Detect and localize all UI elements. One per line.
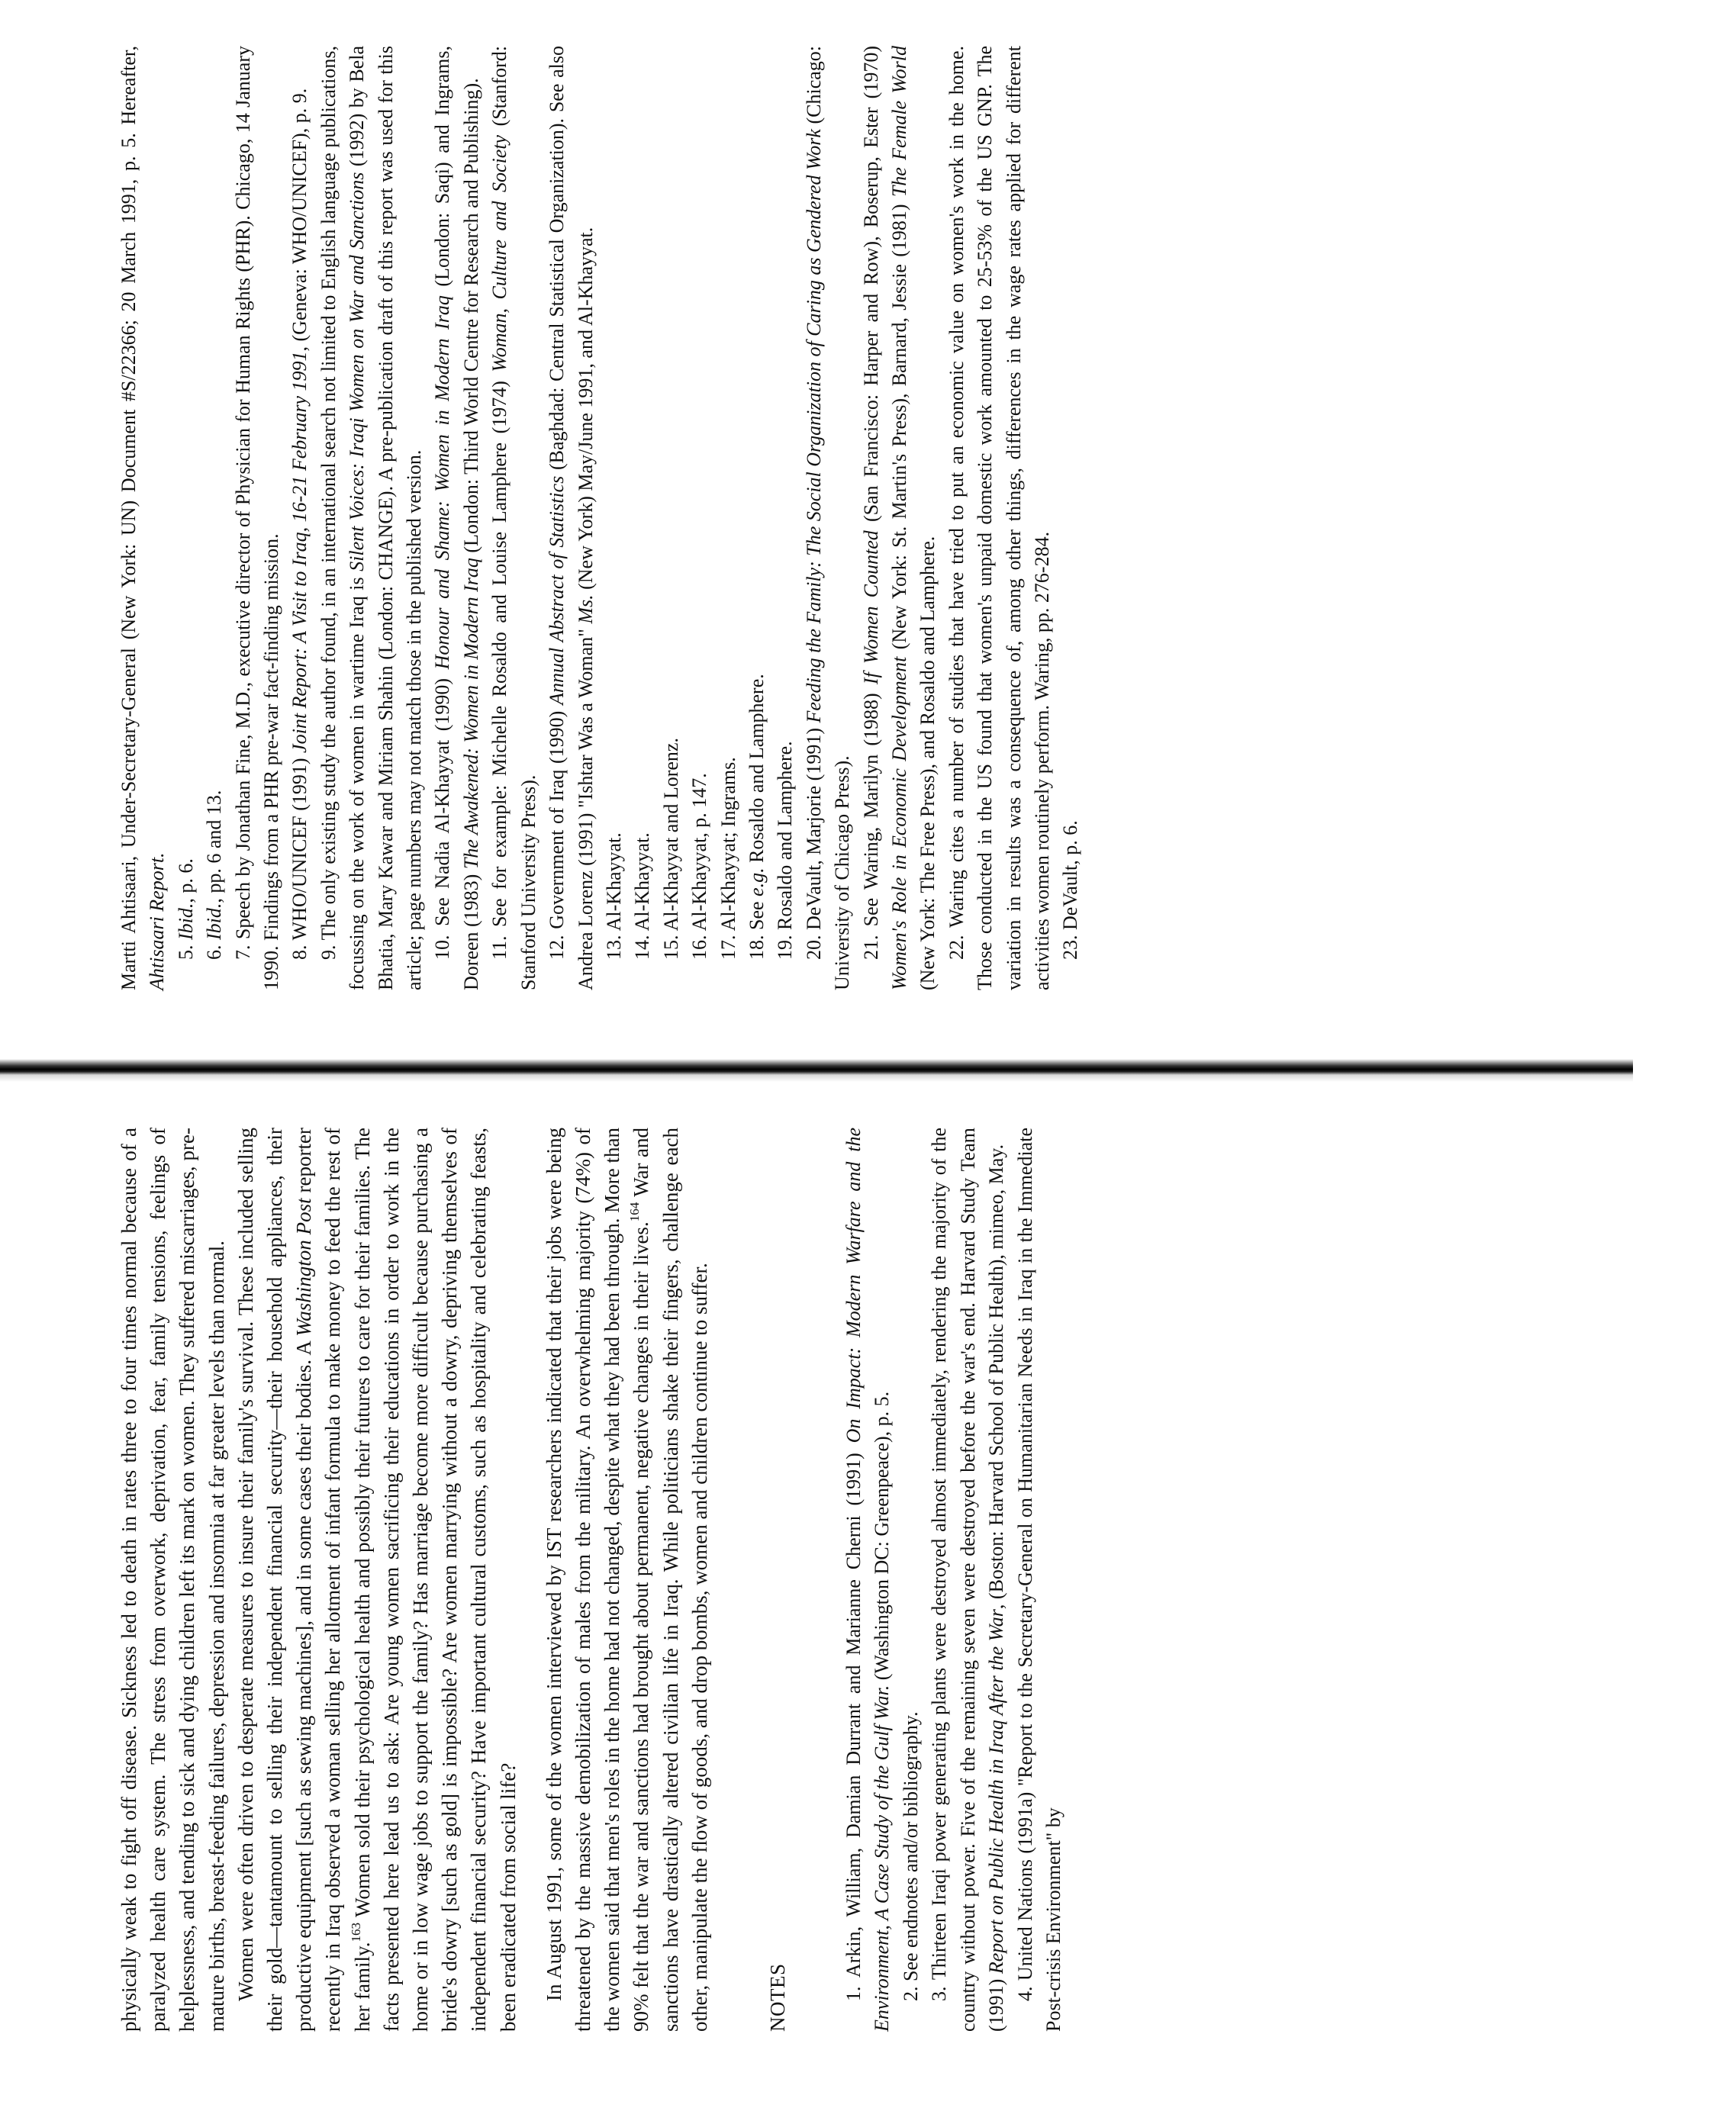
endnote: 1. Arkin, William, Damian Durrant and Ma… xyxy=(839,1128,897,2032)
endnote: 11. See for example: Michelle Rosaldo an… xyxy=(485,46,543,990)
notes-list-continued: Martti Ahtisaari, Under-Secretary-Genera… xyxy=(114,46,1085,990)
text-run: 10. See Nadia Al-Khayyat (1990) xyxy=(431,669,453,960)
text-run: 12. Government of Iraq (1990) xyxy=(546,705,568,960)
text-run: 7. Speech by Jonathan Fine, M.D., execut… xyxy=(232,46,282,990)
body-paragraph: physically weak to fight off disease. Si… xyxy=(114,1128,231,2032)
body-paragraph: In August 1991, some of the women interv… xyxy=(539,1128,714,2032)
endnote: 9. The only existing study the author fo… xyxy=(314,46,429,990)
endnote: 12. Government of Iraq (1990) Annual Abs… xyxy=(543,46,600,990)
italic-title: Washington Post xyxy=(292,1198,315,1336)
endnote: 3. Thirteen Iraqi power generating plant… xyxy=(925,1128,1010,2032)
text-run: 11. See for example: Michelle Rosaldo an… xyxy=(488,372,510,960)
text-run: (New York: St. Martin's Press), Barnard,… xyxy=(888,197,910,656)
text-run: , p. 6. xyxy=(175,858,197,903)
text-run: , (Boston: Harvard School of Public Heal… xyxy=(985,1144,1007,1609)
italic-title: Ibid. xyxy=(175,903,197,940)
italic-title: Report on Public Health in Iraq After th… xyxy=(985,1609,1007,1974)
text-run: (New York: The Free Press), and Rosaldo … xyxy=(916,536,939,990)
endnote: 7. Speech by Jonathan Fine, M.D., execut… xyxy=(229,46,286,990)
text-run: , (Geneva: WHO/UNICEF), p. 9. xyxy=(288,89,311,352)
italic-title: Annual Abstract of Statistics xyxy=(546,476,568,705)
gutter-top-margin xyxy=(1633,1059,1736,1082)
endnote: 17. Al-Khayyat; Ingrams. xyxy=(714,46,742,990)
italic-title: Woman, Culture and Society xyxy=(488,135,510,372)
endnote: 18. See e.g. Rosaldo and Lamphere. xyxy=(742,46,771,990)
text-run: physically weak to fight off disease. Si… xyxy=(118,1128,228,2032)
text-run: (San Francisco: Harper and Row), Boserup… xyxy=(860,46,882,530)
body-text: physically weak to fight off disease. Si… xyxy=(114,1128,714,2032)
italic-title: Joint Report: A Visit to Iraq, 16-21 Feb… xyxy=(288,351,311,752)
text-run: 13. Al-Khayyat. xyxy=(603,832,625,960)
footnote-ref: 164 xyxy=(627,1202,642,1222)
left-page: physically weak to fight off disease. Si… xyxy=(0,1082,1736,2108)
body-paragraph: Women were often driven to desperate mea… xyxy=(231,1128,523,2032)
italic-title: Ahtisaari Report. xyxy=(146,852,168,990)
endnote: 6. Ibid., pp. 6 and 13. xyxy=(200,46,228,990)
endnote: 5. Ibid., p. 6. xyxy=(172,46,200,990)
endnote: 8. WHO/UNICEF (1991) Joint Report: A Vis… xyxy=(285,46,314,990)
endnote: 20. DeVault, Marjorie (1991) Feeding the… xyxy=(800,46,857,990)
italic-title: The Awakened: Women in Modern Iraq xyxy=(460,558,482,869)
endnote: 15. Al-Khayyat and Lorenz. xyxy=(657,46,685,990)
text-run: 5. xyxy=(175,940,197,960)
text-run: 22. Waring cites a number of studies tha… xyxy=(945,46,1053,990)
endnote: 19. Rosaldo and Lamphere. xyxy=(771,46,799,990)
page-gutter-shadow xyxy=(0,1059,1736,1082)
endnote: 22. Waring cites a number of studies tha… xyxy=(942,46,1057,990)
endnote: 2. See endnotes and/or bibliography. xyxy=(897,1128,925,2032)
text-run: 21. See Waring, Marilyn (1988) xyxy=(860,684,882,960)
text-run: 16. Al-Khayyat, p. 147. xyxy=(688,773,710,960)
endnote: 13. Al-Khayyat. xyxy=(600,46,628,990)
italic-title: Women's Role in Economic Development xyxy=(888,657,910,990)
text-run: 19. Rosaldo and Lamphere. xyxy=(774,741,796,960)
book-spread: physically weak to fight off disease. Si… xyxy=(0,0,1736,2108)
text-run: 15. Al-Khayyat and Lorenz. xyxy=(660,738,682,960)
endnote-continuation: Martti Ahtisaari, Under-Secretary-Genera… xyxy=(114,46,172,990)
text-run: 8. WHO/UNICEF (1991) xyxy=(288,753,311,960)
endnote: 4. United Nations (1991a) "Report to the… xyxy=(1011,1128,1068,2032)
notes-list: 1. Arkin, William, Damian Durrant and Ma… xyxy=(839,1128,1068,2032)
endnote: 10. See Nadia Al-Khayyat (1990) Honour a… xyxy=(428,46,485,990)
text-run: , pp. 6 and 13. xyxy=(203,790,225,903)
text-run: In August 1991, some of the women interv… xyxy=(543,1128,653,2032)
italic-title: Ms. xyxy=(575,594,597,623)
text-run: 6. xyxy=(203,940,225,960)
italic-title: Honour and Shame: Women in Modern Iraq xyxy=(431,295,453,669)
text-run: 18. See xyxy=(746,896,768,960)
italic-title: e.g. xyxy=(746,867,768,896)
text-run: 17. Al-Khayyat; Ingrams. xyxy=(717,757,739,960)
text-run: Women sold their psychological health an… xyxy=(351,1128,520,2032)
endnote: 16. Al-Khayyat, p. 147. xyxy=(685,46,713,990)
footnote-ref: 163 xyxy=(349,1923,363,1942)
endnote: 21. See Waring, Marilyn (1988) If Women … xyxy=(857,46,942,990)
text-run: Rosaldo and Lamphere. xyxy=(746,674,768,867)
right-page: Martti Ahtisaari, Under-Secretary-Genera… xyxy=(0,0,1736,1059)
notes-heading: NOTES xyxy=(763,1128,792,2032)
text-run: (London: Third World Centre for Research… xyxy=(460,78,482,558)
text-run: 2. See endnotes and/or bibliography. xyxy=(900,1711,922,2001)
italic-title: The Female World xyxy=(888,46,910,197)
text-run: (Washington DC: Greenpeace), p. 5. xyxy=(871,1392,893,1685)
text-run: 14. Al-Khayyat. xyxy=(631,832,653,960)
text-run: 1. Arkin, William, Damian Durrant and Ma… xyxy=(842,1443,865,2001)
text-run: 4. United Nations (1991a) "Report to the… xyxy=(1014,1128,1064,2032)
text-run: (New York) May/June 1991, and Al-Khayyat… xyxy=(575,227,597,595)
text-run: Martti Ahtisaari, Under-Secretary-Genera… xyxy=(118,46,140,990)
endnote: 23. DeVault, p. 6. xyxy=(1056,46,1084,990)
italic-title: Silent Voices: Iraqi Women on War and Sa… xyxy=(346,172,368,571)
italic-title: If Women Counted xyxy=(860,530,882,684)
italic-title: Ibid. xyxy=(203,903,225,940)
text-run: 23. DeVault, p. 6. xyxy=(1059,820,1081,960)
text-run: 20. DeVault, Marjorie (1991) xyxy=(803,723,825,960)
endnote: 14. Al-Khayyat. xyxy=(628,46,656,990)
italic-title: Feeding the Family: The Social Organizat… xyxy=(803,129,825,723)
